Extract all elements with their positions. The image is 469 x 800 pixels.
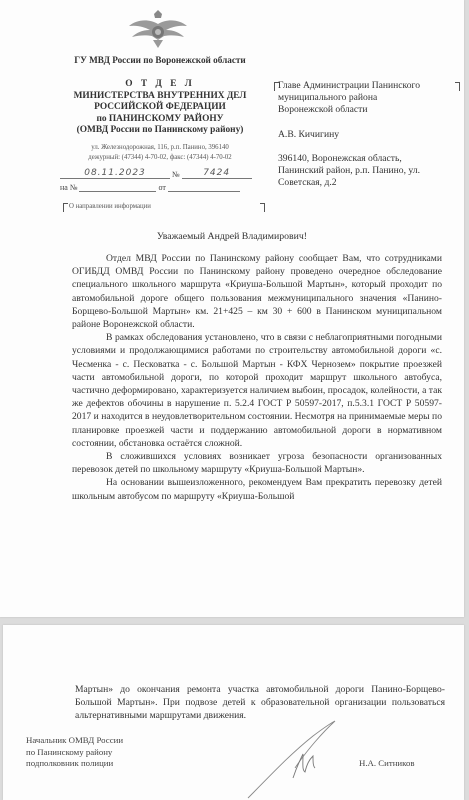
- ref-date-label: от: [158, 183, 165, 192]
- recipient-position: Воронежской области: [278, 104, 458, 116]
- paragraph: Мартын» до окончания ремонта участка авт…: [75, 683, 445, 723]
- address-line: ул. Железнодорожная, 116, р.п. Панино, 3…: [40, 143, 280, 153]
- contact-line: дежурный: (47344) 4-70-02, факс: (47344)…: [40, 153, 280, 163]
- bracket-right: [455, 82, 460, 91]
- bracket-left: [274, 82, 279, 91]
- letter-page-1: ГУ МВД России по Воронежской области О Т…: [0, 0, 464, 617]
- recipient-position: Главе Администрации Панинского: [278, 80, 458, 92]
- recipient-address: 396140, Воронежская область,: [278, 153, 458, 165]
- bracket-right: [260, 203, 265, 212]
- org-line: (ОМВД России по Панинскому району): [40, 125, 280, 137]
- letter-page-2: Мартын» до окончания ремонта участка авт…: [3, 625, 464, 800]
- paragraph: В сложившихся условиях возникает угроза …: [72, 450, 442, 476]
- subject-text: О направлении информации: [69, 203, 151, 210]
- registration-date: 08.11.2023: [84, 168, 146, 178]
- ref-number-field: [79, 181, 156, 192]
- recipient-block: Главе Администрации Панинского муниципал…: [278, 80, 458, 189]
- ref-date-field: [168, 181, 240, 192]
- org-line: МИНИСТЕРСТВА ВНУТРЕННИХ ДЕЛ: [40, 91, 280, 103]
- subject-line: О направлении информации: [65, 203, 265, 213]
- org-line: О Т Д Е Л: [40, 79, 280, 91]
- organization-name: О Т Д Е Л МИНИСТЕРСТВА ВНУТРЕННИХ ДЕЛ РО…: [40, 79, 280, 137]
- greeting: Уважаемый Андрей Владимирович!: [0, 231, 464, 242]
- letter-body: Отдел МВД России по Панинскому району со…: [72, 252, 442, 503]
- signatory-title-line: подполковник полиции: [26, 758, 123, 770]
- bracket-left: [63, 203, 68, 212]
- reference-line: на № от: [60, 181, 240, 192]
- mvd-emblem-icon: [128, 8, 188, 50]
- organization-address: ул. Железнодорожная, 116, р.п. Панино, 3…: [40, 143, 280, 163]
- recipient-name: А.В. Кичигину: [278, 129, 458, 141]
- recipient-address: Советская, д.2: [278, 177, 458, 189]
- letter-body-continuation: Мартын» до окончания ремонта участка авт…: [75, 683, 445, 723]
- paragraph: Отдел МВД России по Панинскому району со…: [72, 252, 442, 331]
- handwritten-signature-icon: [243, 718, 353, 800]
- signatory-name: Н.А. Ситников: [359, 758, 415, 768]
- number-label: №: [172, 170, 180, 179]
- signatory-title-line: по Панинскому району: [26, 747, 123, 759]
- paragraph: На основании вышеизложенного, рекомендуе…: [72, 476, 442, 502]
- parent-organization: ГУ МВД России по Воронежской области: [40, 55, 280, 65]
- registration-line: 08.11.2023 № 7424: [60, 168, 252, 179]
- recipient-position: муниципального района: [278, 92, 458, 104]
- org-line: РОССИЙСКОЙ ФЕДЕРАЦИИ: [40, 102, 280, 114]
- recipient-address: Панинский район, р.п. Панино, ул.: [278, 165, 458, 177]
- signatory-title-line: Начальник ОМВД России: [26, 735, 123, 747]
- signatory-title: Начальник ОМВД России по Панинскому райо…: [26, 735, 123, 770]
- ref-number-label: на №: [60, 183, 77, 192]
- registration-number: 7424: [203, 168, 230, 178]
- org-line: по ПАНИНСКОМУ РАЙОНУ: [40, 114, 280, 126]
- paragraph: В рамках обследования установлено, что в…: [72, 331, 442, 450]
